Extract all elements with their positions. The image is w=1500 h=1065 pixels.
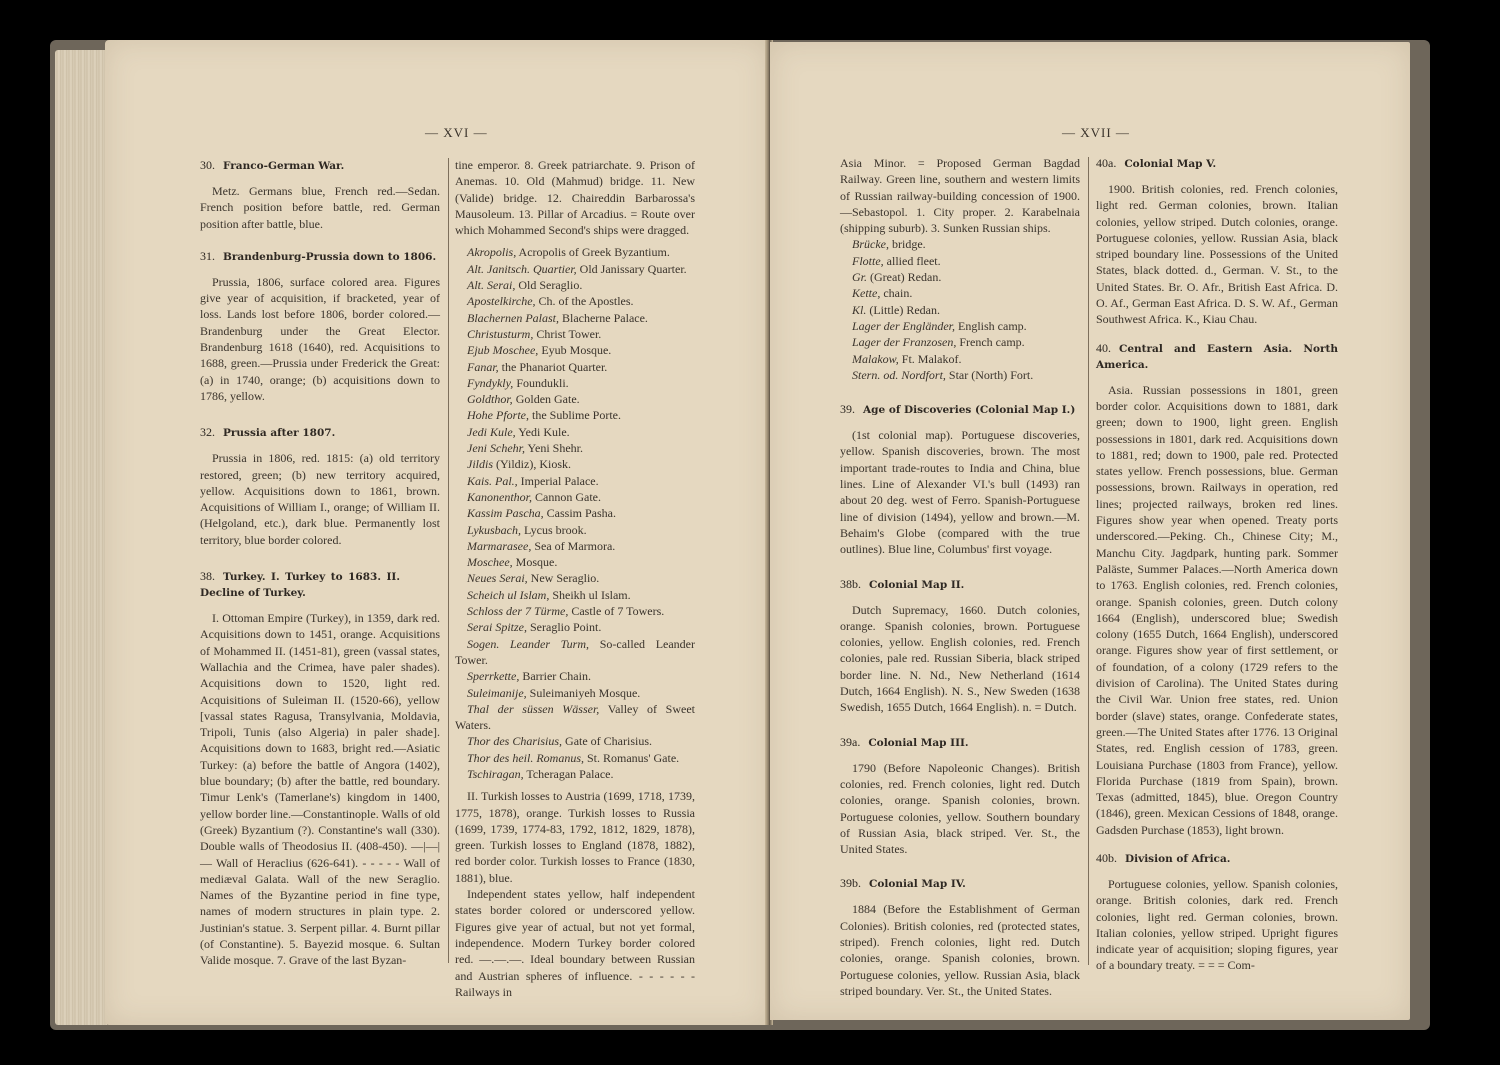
glossary-term: Thor des heil. Romanus,	[467, 751, 584, 765]
glossary-term: Serai Spitze,	[467, 620, 527, 634]
glossary-entry: Thal der süssen Wässer, Valley of Sweet …	[455, 701, 695, 734]
glossary-entry: Brücke, bridge.	[840, 236, 1080, 252]
glossary-entry: Fyndykly, Foundukli.	[455, 375, 695, 391]
glossary-entry: Lager der Engländer, English camp.	[840, 318, 1080, 334]
section-heading: 32.Prussia after 1807.	[200, 424, 440, 441]
glossary-term: Kl.	[852, 303, 866, 317]
left-column-1: 30.Franco-German War. Metz. Germans blue…	[200, 157, 440, 969]
glossary-translation: allied fleet.	[884, 254, 941, 268]
continued-text: tine emperor. 8. Greek patriarchate. 9. …	[455, 157, 695, 238]
glossary-term: Thal der süssen Wässer,	[467, 702, 599, 716]
left-column-2: tine emperor. 8. Greek patriarchate. 9. …	[455, 157, 695, 1000]
glossary-entry: Kanonenthor, Cannon Gate.	[455, 489, 695, 505]
glossary-term: Hohe Pforte,	[467, 408, 529, 422]
section-body: Prussia in 1806, red. 1815: (a) old terr…	[200, 450, 440, 548]
glossary-entry: Goldthor, Golden Gate.	[455, 391, 695, 407]
glossary-translation: English camp.	[955, 319, 1027, 333]
glossary-entry: Neues Serai, New Seraglio.	[455, 570, 695, 586]
glossary-translation: Seraglio Point.	[527, 620, 601, 634]
glossary-entry: Scheich ul Islam, Sheikh ul Islam.	[455, 587, 695, 603]
glossary-translation: Suleimaniyeh Mosque.	[527, 686, 641, 700]
section-body: Independent states yellow, half independ…	[455, 886, 695, 1000]
glossary-translation: Barrier Chain.	[519, 669, 591, 683]
left-page: — XVI — 30.Franco-German War. Metz. Germ…	[105, 40, 768, 1025]
glossary-term: Apostelkirche,	[467, 294, 536, 308]
glossary-entry: Apostelkirche, Ch. of the Apostles.	[455, 293, 695, 309]
glossary-translation: (Great) Redan.	[867, 270, 941, 284]
glossary-entry: Alt. Serai, Old Seraglio.	[455, 277, 695, 293]
glossary-translation: Gate of Charisius.	[562, 734, 652, 748]
section-body: 1790 (Before Napoleonic Changes). Britis…	[840, 760, 1080, 858]
continued-text: Asia Minor. = Proposed German Bagdad Rai…	[840, 155, 1080, 236]
section-heading: 40b.Division of Africa.	[1096, 850, 1338, 867]
glossary-translation: Sheikh ul Islam.	[549, 588, 630, 602]
glossary-translation: St. Romanus' Gate.	[584, 751, 679, 765]
section-heading: 39a.Colonial Map III.	[840, 734, 1080, 751]
glossary-term: Akropolis,	[467, 245, 516, 259]
column-rule	[448, 158, 449, 963]
glossary-entry: Malakow, Ft. Malakof.	[840, 351, 1080, 367]
glossary-term: Moschee,	[467, 555, 513, 569]
glossary-entry: Kl. (Little) Redan.	[840, 302, 1080, 318]
glossary-term: Stern. od. Nordfort,	[852, 368, 946, 382]
glossary-translation: Ft. Malakof.	[899, 352, 962, 366]
section-body: I. Ottoman Empire (Turkey), in 1359, dar…	[200, 610, 440, 969]
glossary-term: Alt. Janitsch. Quartier,	[467, 262, 577, 276]
glossary-entry: Kassim Pascha, Cassim Pasha.	[455, 505, 695, 521]
page-number: — XVI —	[425, 125, 488, 141]
glossary-entry: Jildis (Yildiz), Kiosk.	[455, 456, 695, 472]
glossary-term: Fanar,	[467, 360, 499, 374]
glossary-translation: Sea of Marmora.	[531, 539, 615, 553]
glossary-term: Ejub Moschee,	[467, 343, 538, 357]
glossary-term: Kette,	[852, 286, 880, 300]
glossary-term: Scheich ul Islam,	[467, 588, 549, 602]
glossary-term: Lager der Engländer,	[852, 319, 955, 333]
glossary-entry: Akropolis, Acropolis of Greek Byzantium.	[455, 244, 695, 260]
section-body: Portuguese colonies, yellow. Spanish col…	[1096, 876, 1338, 974]
glossary-term: Jedi Kule,	[467, 425, 516, 439]
glossary-term: Kais. Pal.,	[467, 474, 518, 488]
section-body: 1884 (Before the Establishment of German…	[840, 901, 1080, 999]
glossary-translation: Ch. of the Apostles.	[536, 294, 634, 308]
glossary-translation: French camp.	[956, 335, 1024, 349]
right-column-2: 40a.Colonial Map V. 1900. British coloni…	[1096, 155, 1338, 974]
glossary-translation: Old Janissary Quarter.	[577, 262, 687, 276]
glossary-entry: Suleimanije, Suleimaniyeh Mosque.	[455, 685, 695, 701]
glossary-entry: Thor des Charisius, Gate of Charisius.	[455, 733, 695, 749]
glossary-entry: Flotte, allied fleet.	[840, 253, 1080, 269]
glossary-translation: Acropolis of Greek Byzantium.	[516, 245, 670, 259]
glossary-translation: Tcheragan Palace.	[524, 767, 614, 781]
section-heading: 38.Turkey. I. Turkey to 1683. II. Declin…	[200, 568, 400, 601]
glossary-term: Lager der Franzosen,	[852, 335, 956, 349]
glossary-entry: Sperrkette, Barrier Chain.	[455, 668, 695, 684]
glossary-translation: New Seraglio.	[528, 571, 600, 585]
glossary-translation: the Phanariot Quarter.	[499, 360, 608, 374]
glossary-term: Sperrkette,	[467, 669, 519, 683]
glossary-translation: Christ Tower.	[533, 327, 601, 341]
glossary-term: Kanonenthor,	[467, 490, 532, 504]
glossary-entry: Christusturm, Christ Tower.	[455, 326, 695, 342]
glossary-translation: Golden Gate.	[513, 392, 580, 406]
section-heading: 38b.Colonial Map II.	[840, 576, 1080, 593]
glossary-translation: chain.	[880, 286, 912, 300]
glossary-entry: Jedi Kule, Yedi Kule.	[455, 424, 695, 440]
glossary-translation: Imperial Palace.	[518, 474, 599, 488]
section-body: Dutch Supremacy, 1660. Dutch colonies, o…	[840, 602, 1080, 716]
glossary-term: Blachernen Palast,	[467, 311, 559, 325]
glossary-term: Sogen. Leander Turm,	[467, 637, 589, 651]
glossary-translation: Foundukli.	[513, 376, 568, 390]
page-number: — XVII —	[1062, 125, 1130, 141]
glossary-translation: Cannon Gate.	[532, 490, 601, 504]
glossary-entry: Kais. Pal., Imperial Palace.	[455, 473, 695, 489]
glossary-translation: Yeni Shehr.	[525, 441, 583, 455]
glossary-entry: Sogen. Leander Turm, So-called Leander T…	[455, 636, 695, 669]
glossary-translation: Star (North) Fort.	[946, 368, 1033, 382]
section-body: (1st colonial map). Portuguese discoveri…	[840, 427, 1080, 557]
glossary-term: Gr.	[852, 270, 867, 284]
column-rule	[1088, 157, 1089, 965]
glossary-translation: Lycus brook.	[521, 523, 587, 537]
glossary-term: Jeni Schehr,	[467, 441, 525, 455]
glossary-entry: Lykusbach, Lycus brook.	[455, 522, 695, 538]
glossary-term: Marmarasee,	[467, 539, 531, 553]
glossary-entry: Marmarasee, Sea of Marmora.	[455, 538, 695, 554]
glossary-term: Christusturm,	[467, 327, 533, 341]
glossary-term: Jildis	[467, 457, 493, 471]
glossary-term: Suleimanije,	[467, 686, 527, 700]
glossary-translation: bridge.	[889, 237, 926, 251]
glossary-entry: Fanar, the Phanariot Quarter.	[455, 359, 695, 375]
glossary-translation: Eyub Mosque.	[538, 343, 611, 357]
glossary-term: Thor des Charisius,	[467, 734, 562, 748]
glossary-entry: Thor des heil. Romanus, St. Romanus' Gat…	[455, 750, 695, 766]
section-body: Asia. Russian possessions in 1801, green…	[1096, 382, 1338, 838]
glossary-translation: Cassim Pasha.	[544, 506, 616, 520]
glossary-entry: Blachernen Palast, Blacherne Palace.	[455, 310, 695, 326]
glossary-translation: Old Seraglio.	[515, 278, 582, 292]
glossary-term: Malakow,	[852, 352, 899, 366]
section-heading: 40a.Colonial Map V.	[1096, 155, 1338, 172]
glossary-translation: (Yildiz), Kiosk.	[493, 457, 571, 471]
right-page: — XVII — Asia Minor. = Proposed German B…	[770, 42, 1410, 1020]
glossary-translation: (Little) Redan.	[866, 303, 940, 317]
section-heading: 31.Brandenburg-Prussia down to 1806.	[200, 248, 440, 265]
glossary-term: Schloss der 7 Türme,	[467, 604, 568, 618]
glossary-term: Lykusbach,	[467, 523, 521, 537]
section-heading: 39.Age of Discoveries (Colonial Map I.)	[840, 401, 1080, 418]
glossary-entry: Moschee, Mosque.	[455, 554, 695, 570]
glossary-entry: Kette, chain.	[840, 285, 1080, 301]
glossary-translation: Blacherne Palace.	[559, 311, 648, 325]
section-body: Prussia, 1806, surface colored area. Fig…	[200, 274, 440, 404]
glossary-term: Neues Serai,	[467, 571, 528, 585]
glossary-term: Brücke,	[852, 237, 889, 251]
glossary-term: Tschiragan,	[467, 767, 524, 781]
glossary-entry: Lager der Franzosen, French camp.	[840, 334, 1080, 350]
glossary-translation: the Sublime Porte.	[529, 408, 621, 422]
glossary-list: Brücke, bridge.Flotte, allied fleet.Gr. …	[840, 236, 1080, 383]
section-body: Metz. Germans blue, French red.—Sedan. F…	[200, 183, 440, 232]
glossary-term: Goldthor,	[467, 392, 513, 406]
glossary-term: Fyndykly,	[467, 376, 513, 390]
glossary-translation: Mosque.	[513, 555, 558, 569]
glossary-entry: Serai Spitze, Seraglio Point.	[455, 619, 695, 635]
glossary-entry: Hohe Pforte, the Sublime Porte.	[455, 407, 695, 423]
glossary-entry: Schloss der 7 Türme, Castle of 7 Towers.	[455, 603, 695, 619]
section-heading: 40.Central and Eastern Asia. North Ameri…	[1096, 340, 1338, 373]
section-body: II. Turkish losses to Austria (1699, 171…	[455, 788, 695, 886]
section-heading: 39b.Colonial Map IV.	[840, 875, 1080, 892]
glossary-entry: Gr. (Great) Redan.	[840, 269, 1080, 285]
glossary-term: Flotte,	[852, 254, 884, 268]
glossary-entry: Tschiragan, Tcheragan Palace.	[455, 766, 695, 782]
glossary-entry: Alt. Janitsch. Quartier, Old Janissary Q…	[455, 261, 695, 277]
glossary-translation: Yedi Kule.	[516, 425, 570, 439]
glossary-term: Alt. Serai,	[467, 278, 515, 292]
glossary-entry: Jeni Schehr, Yeni Shehr.	[455, 440, 695, 456]
glossary-term: Kassim Pascha,	[467, 506, 544, 520]
right-column-1: Asia Minor. = Proposed German Bagdad Rai…	[840, 155, 1080, 999]
glossary-entry: Ejub Moschee, Eyub Mosque.	[455, 342, 695, 358]
glossary-list: Akropolis, Acropolis of Greek Byzantium.…	[455, 244, 695, 782]
glossary-translation: Castle of 7 Towers.	[568, 604, 664, 618]
page-edges	[55, 50, 107, 1025]
section-body: 1900. British colonies, red. French colo…	[1096, 181, 1338, 328]
section-heading: 30.Franco-German War.	[200, 157, 440, 174]
glossary-entry: Stern. od. Nordfort, Star (North) Fort.	[840, 367, 1080, 383]
